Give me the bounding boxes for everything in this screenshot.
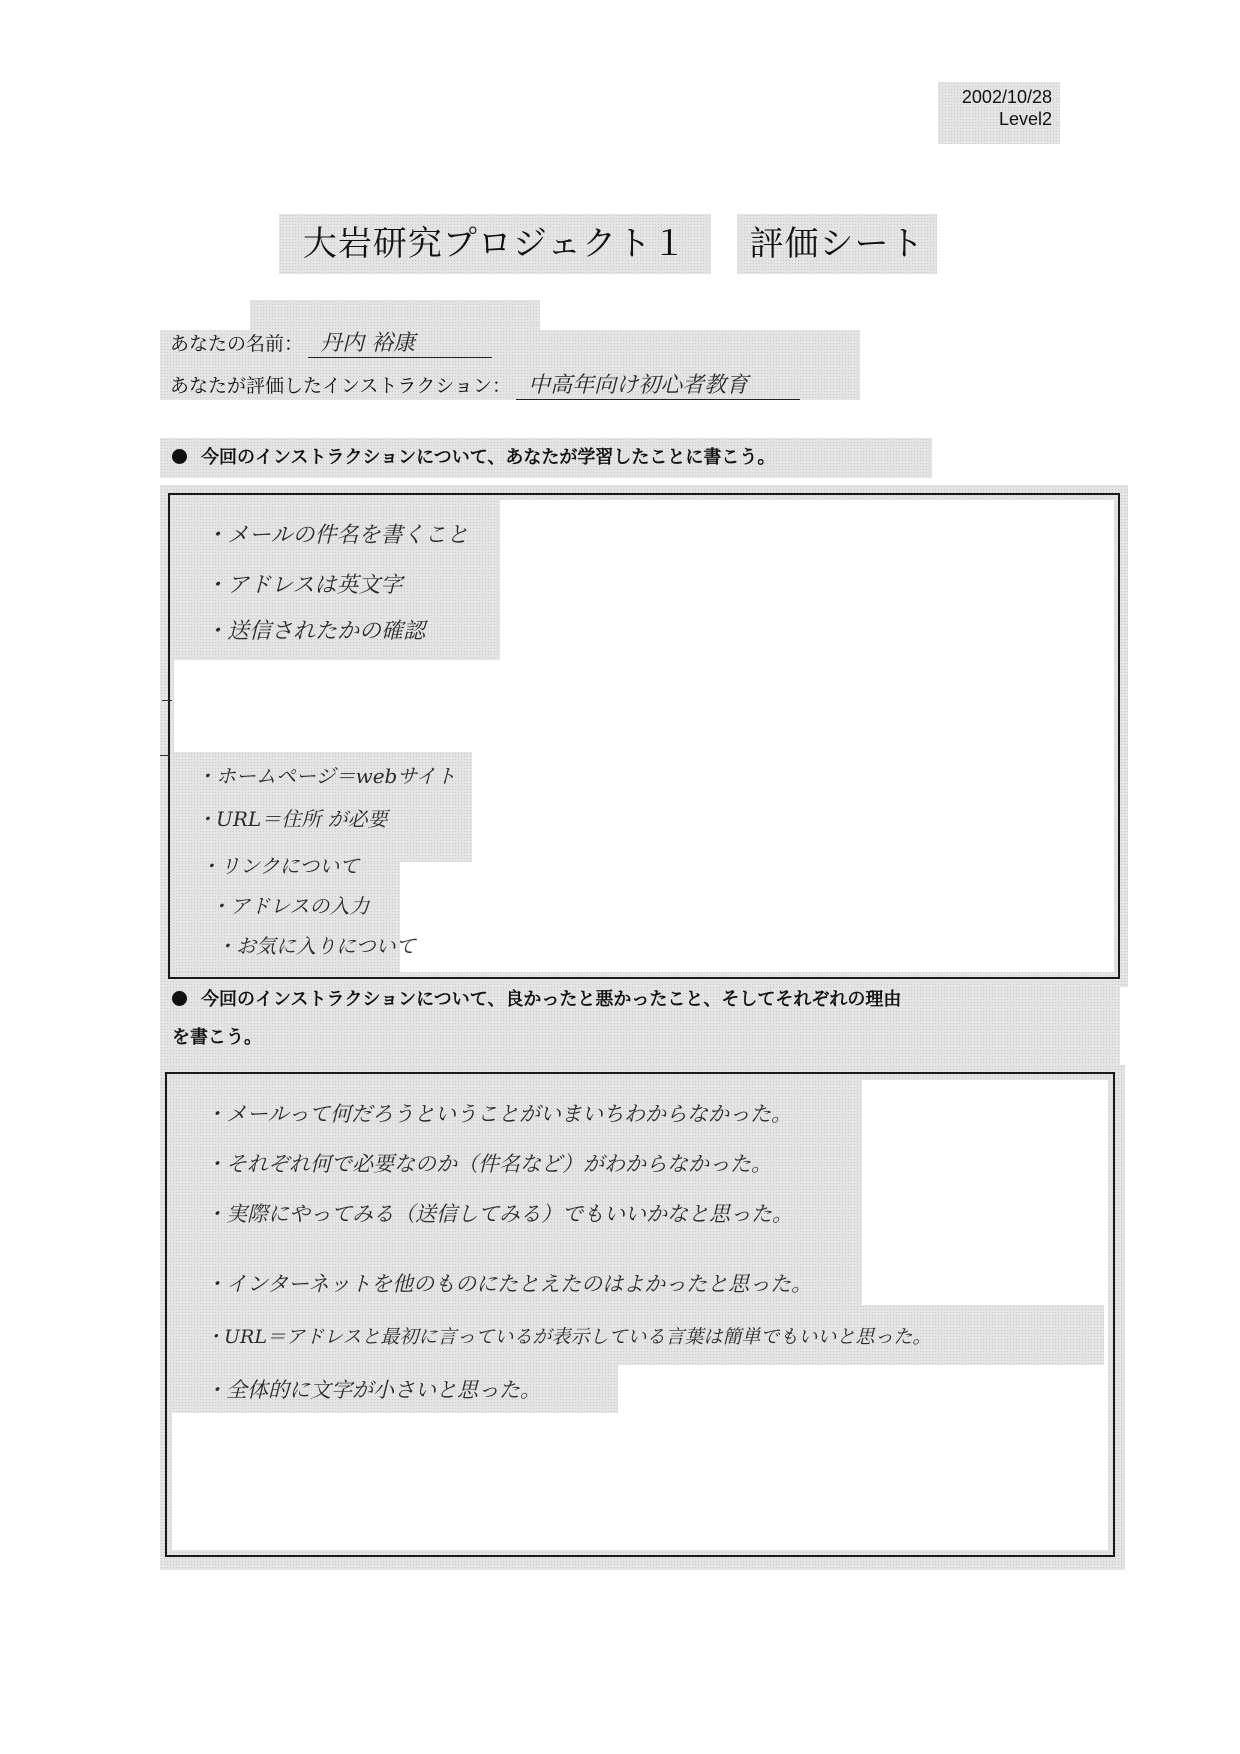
learned-item: ・URL＝住所 が必要	[196, 803, 388, 832]
section1-heading: 今回のインストラクションについて、あなたが学習したことに書こう。	[160, 438, 932, 478]
document-date: 2002/10/28	[938, 86, 1052, 108]
bullet-icon	[172, 991, 187, 1006]
margin-mark	[160, 755, 170, 756]
section1-heading-text: 今回のインストラクションについて、あなたが学習したことに書こう。	[201, 447, 775, 468]
document-level: Level2	[938, 108, 1052, 130]
learned-item: ・リンクについて	[200, 850, 359, 879]
learned-item: ・ホームページ＝webサイト	[196, 760, 456, 789]
page-title: 大岩研究プロジェクト１	[279, 214, 711, 274]
bullet-icon	[172, 449, 187, 464]
learned-item: ・アドレスは英文字	[205, 568, 402, 599]
instruction-field[interactable]: 中高年向け初心者教育	[516, 368, 800, 400]
evaluation-item: ・実際にやってみる（送信してみる）でもいいかなと思った。	[205, 1198, 793, 1228]
name-field[interactable]: 丹内 裕康	[308, 326, 492, 358]
name-row: あなたの名前： 丹内 裕康	[170, 326, 492, 358]
instruction-label: あなたが評価したインストラクション：	[170, 375, 511, 397]
document-meta: 2002/10/28 Level2	[938, 82, 1060, 144]
learned-item: ・お気に入りについて	[216, 930, 416, 959]
evaluation-answer-box[interactable]	[165, 1072, 1115, 1557]
evaluation-item: ・URL＝アドレスと最初に言っているが表示している言葉は簡単でもいいと思った。	[205, 1322, 931, 1349]
margin-mark	[162, 700, 172, 701]
section2-heading: 今回のインストラクションについて、良かったと悪かったこと、そしてそれぞれの理由 …	[160, 980, 1120, 1066]
evaluation-item: ・メールって何だろうということがいまいちわからなかった。	[205, 1098, 792, 1128]
evaluation-item: ・それぞれ何で必要なのか（件名など）がわからなかった。	[205, 1148, 772, 1178]
section2-heading-text-cont: を書こう。	[172, 1020, 1120, 1056]
learned-item: ・送信されたかの確認	[205, 614, 425, 645]
evaluation-item: ・全体的に文字が小さいと思った。	[205, 1374, 541, 1404]
learned-item: ・アドレスの入力	[210, 890, 369, 919]
learned-item: ・メールの件名を書くこと	[205, 518, 469, 549]
page-subtitle: 評価シート	[737, 214, 937, 274]
name-label: あなたの名前：	[170, 333, 303, 355]
section2-heading-text: 今回のインストラクションについて、良かったと悪かったこと、そしてそれぞれの理由	[201, 989, 901, 1010]
instruction-row: あなたが評価したインストラクション： 中高年向け初心者教育	[170, 368, 800, 400]
evaluation-item: ・インターネットを他のものにたとえたのはよかったと思った。	[205, 1268, 812, 1298]
